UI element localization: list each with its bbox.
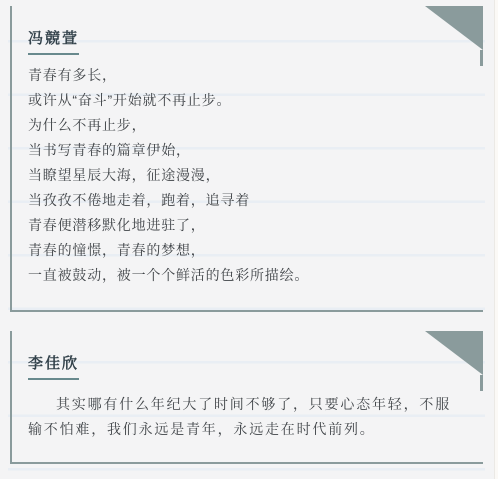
poem-line: 为什么不再止步， xyxy=(28,113,483,138)
paragraph-line: 输不怕难，我们永远是青年，永远走在时代前列。 xyxy=(28,417,477,442)
folded-corner-tail xyxy=(480,50,483,66)
poem-line: 当孜孜不倦地走着，跑着，追寻着 xyxy=(28,188,483,213)
page-right-edge xyxy=(494,0,498,479)
poem-line: 青春的憧憬，青春的梦想， xyxy=(28,238,483,263)
folded-corner-tail xyxy=(480,375,483,391)
poem-line: 青春有多长， xyxy=(28,63,483,88)
student-card-li: 李佳欣 其实哪有什么年纪大了时间不够了，只要心态年轻，不服 输不怕难，我们永远是… xyxy=(10,331,483,464)
student-card-feng: 冯競萱 青春有多长， 或许从“奋斗”开始就不再止步。 为什么不再止步， 当书写青… xyxy=(10,6,483,312)
poem-line: 当瞭望星辰大海，征途漫漫， xyxy=(28,163,483,188)
paragraph-line: 其实哪有什么年纪大了时间不够了，只要心态年轻，不服 xyxy=(28,392,477,417)
student-name: 李佳欣 xyxy=(28,356,79,380)
poem-line: 或许从“奋斗”开始就不再止步。 xyxy=(28,88,483,113)
paragraph: 其实哪有什么年纪大了时间不够了，只要心态年轻，不服 输不怕难，我们永远是青年，永… xyxy=(28,392,477,442)
poem-line: 一直被鼓动，被一个个鲜活的色彩所描绘。 xyxy=(28,263,483,288)
name-row: 李佳欣 xyxy=(28,355,483,380)
poem-line: 青春便潜移默化地进驻了， xyxy=(28,213,483,238)
student-name: 冯競萱 xyxy=(28,31,79,55)
poem: 青春有多长， 或许从“奋斗”开始就不再止步。 为什么不再止步， 当书写青春的篇章… xyxy=(28,63,483,288)
poem-line: 当书写青春的篇章伊始， xyxy=(28,138,483,163)
name-row: 冯競萱 xyxy=(28,30,483,55)
article-page: 冯競萱 青春有多长， 或许从“奋斗”开始就不再止步。 为什么不再止步， 当书写青… xyxy=(0,0,498,479)
